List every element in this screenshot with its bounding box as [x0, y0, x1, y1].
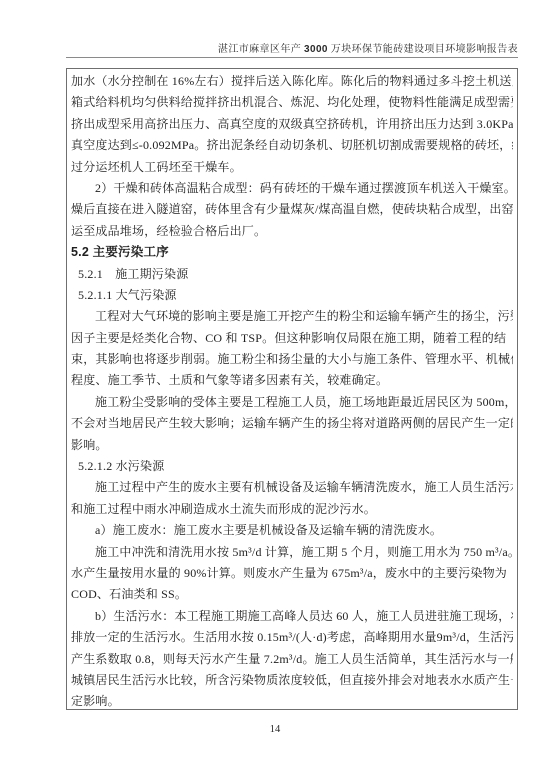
report-line: 过分运坯机人工码坯至干燥车。: [71, 157, 513, 178]
report-line: 产生系数取 0.8，则每天污水产生量 7.2m³/d。施工人员生活简单，其生活污…: [71, 649, 513, 670]
report-line: 因子主要是烃类化合物、CO 和 TSP。但这种影响仅局限在施工期，随着工程的结: [71, 328, 513, 349]
report-line: 施工粉尘受影响的受体主要是工程施工人员，施工场地距最近居民区为 500m，: [71, 392, 513, 413]
section-heading: 5.2.1 施工期污染源: [71, 264, 513, 285]
header-title-prefix: 湛江市麻章区年产: [218, 44, 304, 55]
report-line: 真空度达到≤-0.092MPa。挤出泥条经自动切条机、切胚机切割成需要规格的砖坯…: [71, 135, 513, 156]
report-line: 运至成品堆场，经检验合格后出厂。: [71, 221, 513, 242]
report-line: 束，其影响也将逐步削弱。施工粉尘和扬尘量的大小与施工条件、管理水平、机械化: [71, 349, 513, 370]
section-heading: 5.2 主要污染工序: [71, 242, 513, 263]
report-line: 燥后直接在进入隧道窑，砖体里含有少量煤灰/煤高温自燃，使砖块粘合成型，出窑后: [71, 199, 513, 220]
report-line: 程度、施工季节、土质和气象等诸多因素有关，较难确定。: [71, 370, 513, 391]
header-title-suffix: 万块环保节能砖建设项目环境影响报告表: [328, 44, 518, 55]
report-line: 和施工过程中雨水冲刷造成水土流失而形成的泥沙污水。: [71, 499, 513, 520]
header-title-bold-number: 3000: [304, 44, 328, 55]
report-line: 箱式给料机均匀供料给搅拌挤出机混合、炼泥、均化处理，使物料性能满足成型需要。: [71, 92, 513, 113]
report-line: 定影响。: [71, 691, 513, 710]
section-heading: 5.2.1.1 大气污染源: [71, 285, 513, 306]
report-line: 不会对当地居民产生较大影响；运输车辆产生的扬尘将对道路两侧的居民产生一定的: [71, 413, 513, 434]
report-line: b）生活污水：本工程施工期施工高峰人员达 60 人，施工人员进驻施工现场，将: [71, 606, 513, 627]
report-line: COD、石油类和 SS。: [71, 584, 513, 605]
report-line: 城镇居民生活污水比较，所含污染物质浓度较低，但直接外排会对地表水水质产生一: [71, 670, 513, 691]
report-line: 2）干燥和砖体高温粘合成型：码有砖坯的干燥车通过摆渡顶车机送入干燥室。干: [71, 178, 513, 199]
page-number: 14: [0, 724, 550, 735]
report-line: a）施工废水：施工废水主要是机械设备及运输车辆的清洗废水。: [71, 520, 513, 541]
report-line: 挤出成型采用高挤出压力、高真空度的双级真空挤砖机，许用挤出压力达到 3.0KPa…: [71, 114, 513, 135]
report-line: 施工中冲洗和清洗用水按 5m³/d 计算，施工期 5 个月，则施工用水为 750…: [71, 542, 513, 563]
report-line: 水产生量按用水量的 90%计算。则废水产生量为 675m³/a，废水中的主要污染…: [71, 563, 513, 584]
report-content-box: 加水（水分控制在 16%左右）搅拌后送入陈化库。陈化后的物料通过多斗挖土机送入 …: [66, 68, 518, 710]
report-line: 影响。: [71, 435, 513, 456]
report-header-title: 湛江市麻章区年产 3000 万块环保节能砖建设项目环境影响报告表: [66, 40, 518, 55]
report-line: 排放一定的生活污水。生活用水按 0.15m³/(人·d)考虑，高峰期用水量9m³…: [71, 627, 513, 648]
section-heading: 5.2.1.2 水污染源: [71, 456, 513, 477]
report-line: 施工过程中产生的废水主要有机械设备及运输车辆清洗废水，施工人员生活污水: [71, 477, 513, 498]
report-line: 工程对大气环境的影响主要是施工开挖产生的粉尘和运输车辆产生的扬尘，污染: [71, 306, 513, 327]
header-rule: [66, 57, 518, 58]
report-line: 加水（水分控制在 16%左右）搅拌后送入陈化库。陈化后的物料通过多斗挖土机送入: [71, 71, 513, 92]
